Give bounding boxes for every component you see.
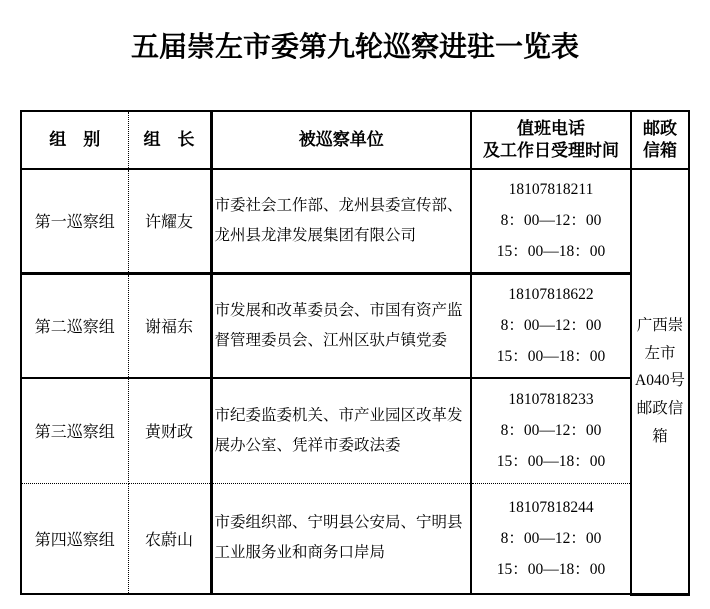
group-cell: 第四巡察组 [21, 483, 128, 594]
header-mailbox-line1: 邮政 [632, 118, 688, 140]
header-phone: 值班电话 及工作日受理时间 [471, 111, 631, 169]
time-morning: 8：00—12：00 [472, 205, 630, 236]
mailbox-cell: 广西崇左市A040号邮政信箱 [631, 169, 689, 594]
units-cell: 市纪委监委机关、市产业园区改革发展办公室、凭祥市委政法委 [211, 378, 471, 483]
phone-number: 18107818233 [472, 384, 630, 415]
time-afternoon: 15：00—18：00 [472, 446, 630, 477]
time-afternoon: 15：00—18：00 [472, 341, 630, 372]
time-afternoon: 15：00—18：00 [472, 236, 630, 267]
header-units: 被巡察单位 [211, 111, 471, 169]
time-morning: 8：00—12：00 [472, 523, 630, 554]
table-row: 第二巡察组 谢福东 市发展和改革委员会、市国有资产监督管理委员会、江州区驮卢镇党… [21, 273, 689, 378]
leader-cell: 谢福东 [128, 273, 211, 378]
time-afternoon: 15：00—18：00 [472, 554, 630, 585]
units-cell: 市委组织部、宁明县公安局、宁明县工业服务业和商务口岸局 [211, 483, 471, 594]
group-cell: 第三巡察组 [21, 378, 128, 483]
table-row: 第一巡察组 许耀友 市委社会工作部、龙州县委宣传部、龙州县龙津发展集团有限公司 … [21, 169, 689, 273]
table-row: 第三巡察组 黄财政 市纪委监委机关、市产业园区改革发展办公室、凭祥市委政法委 1… [21, 378, 689, 483]
phone-number: 18107818622 [472, 279, 630, 310]
inspection-table: 组 别 组 长 被巡察单位 值班电话 及工作日受理时间 邮政 信箱 第一巡察组 … [20, 110, 690, 596]
time-morning: 8：00—12：00 [472, 310, 630, 341]
phone-cell: 18107818622 8：00—12：00 15：00—18：00 [471, 273, 631, 378]
header-group: 组 别 [21, 111, 128, 169]
header-phone-line2: 及工作日受理时间 [472, 140, 630, 162]
header-mailbox: 邮政 信箱 [631, 111, 689, 169]
time-morning: 8：00—12：00 [472, 415, 630, 446]
phone-number: 18107818244 [472, 492, 630, 523]
page: 五届崇左市委第九轮巡察进驻一览表 组 别 组 长 被巡察单位 值班电话 及工作日… [0, 26, 710, 596]
phone-cell: 18107818211 8：00—12：00 15：00—18：00 [471, 169, 631, 273]
page-title: 五届崇左市委第九轮巡察进驻一览表 [0, 26, 710, 70]
table-row: 第四巡察组 农蔚山 市委组织部、宁明县公安局、宁明县工业服务业和商务口岸局 18… [21, 483, 689, 594]
leader-cell: 许耀友 [128, 169, 211, 273]
units-cell: 市委社会工作部、龙州县委宣传部、龙州县龙津发展集团有限公司 [211, 169, 471, 273]
leader-cell: 黄财政 [128, 378, 211, 483]
phone-cell: 18107818233 8：00—12：00 15：00—18：00 [471, 378, 631, 483]
leader-cell: 农蔚山 [128, 483, 211, 594]
header-leader: 组 长 [128, 111, 211, 169]
group-cell: 第一巡察组 [21, 169, 128, 273]
units-cell: 市发展和改革委员会、市国有资产监督管理委员会、江州区驮卢镇党委 [211, 273, 471, 378]
header-phone-line1: 值班电话 [472, 118, 630, 140]
phone-number: 18107818211 [472, 174, 630, 205]
group-cell: 第二巡察组 [21, 273, 128, 378]
header-mailbox-line2: 信箱 [632, 140, 688, 162]
table-header-row: 组 别 组 长 被巡察单位 值班电话 及工作日受理时间 邮政 信箱 [21, 111, 689, 169]
phone-cell: 18107818244 8：00—12：00 15：00—18：00 [471, 483, 631, 594]
